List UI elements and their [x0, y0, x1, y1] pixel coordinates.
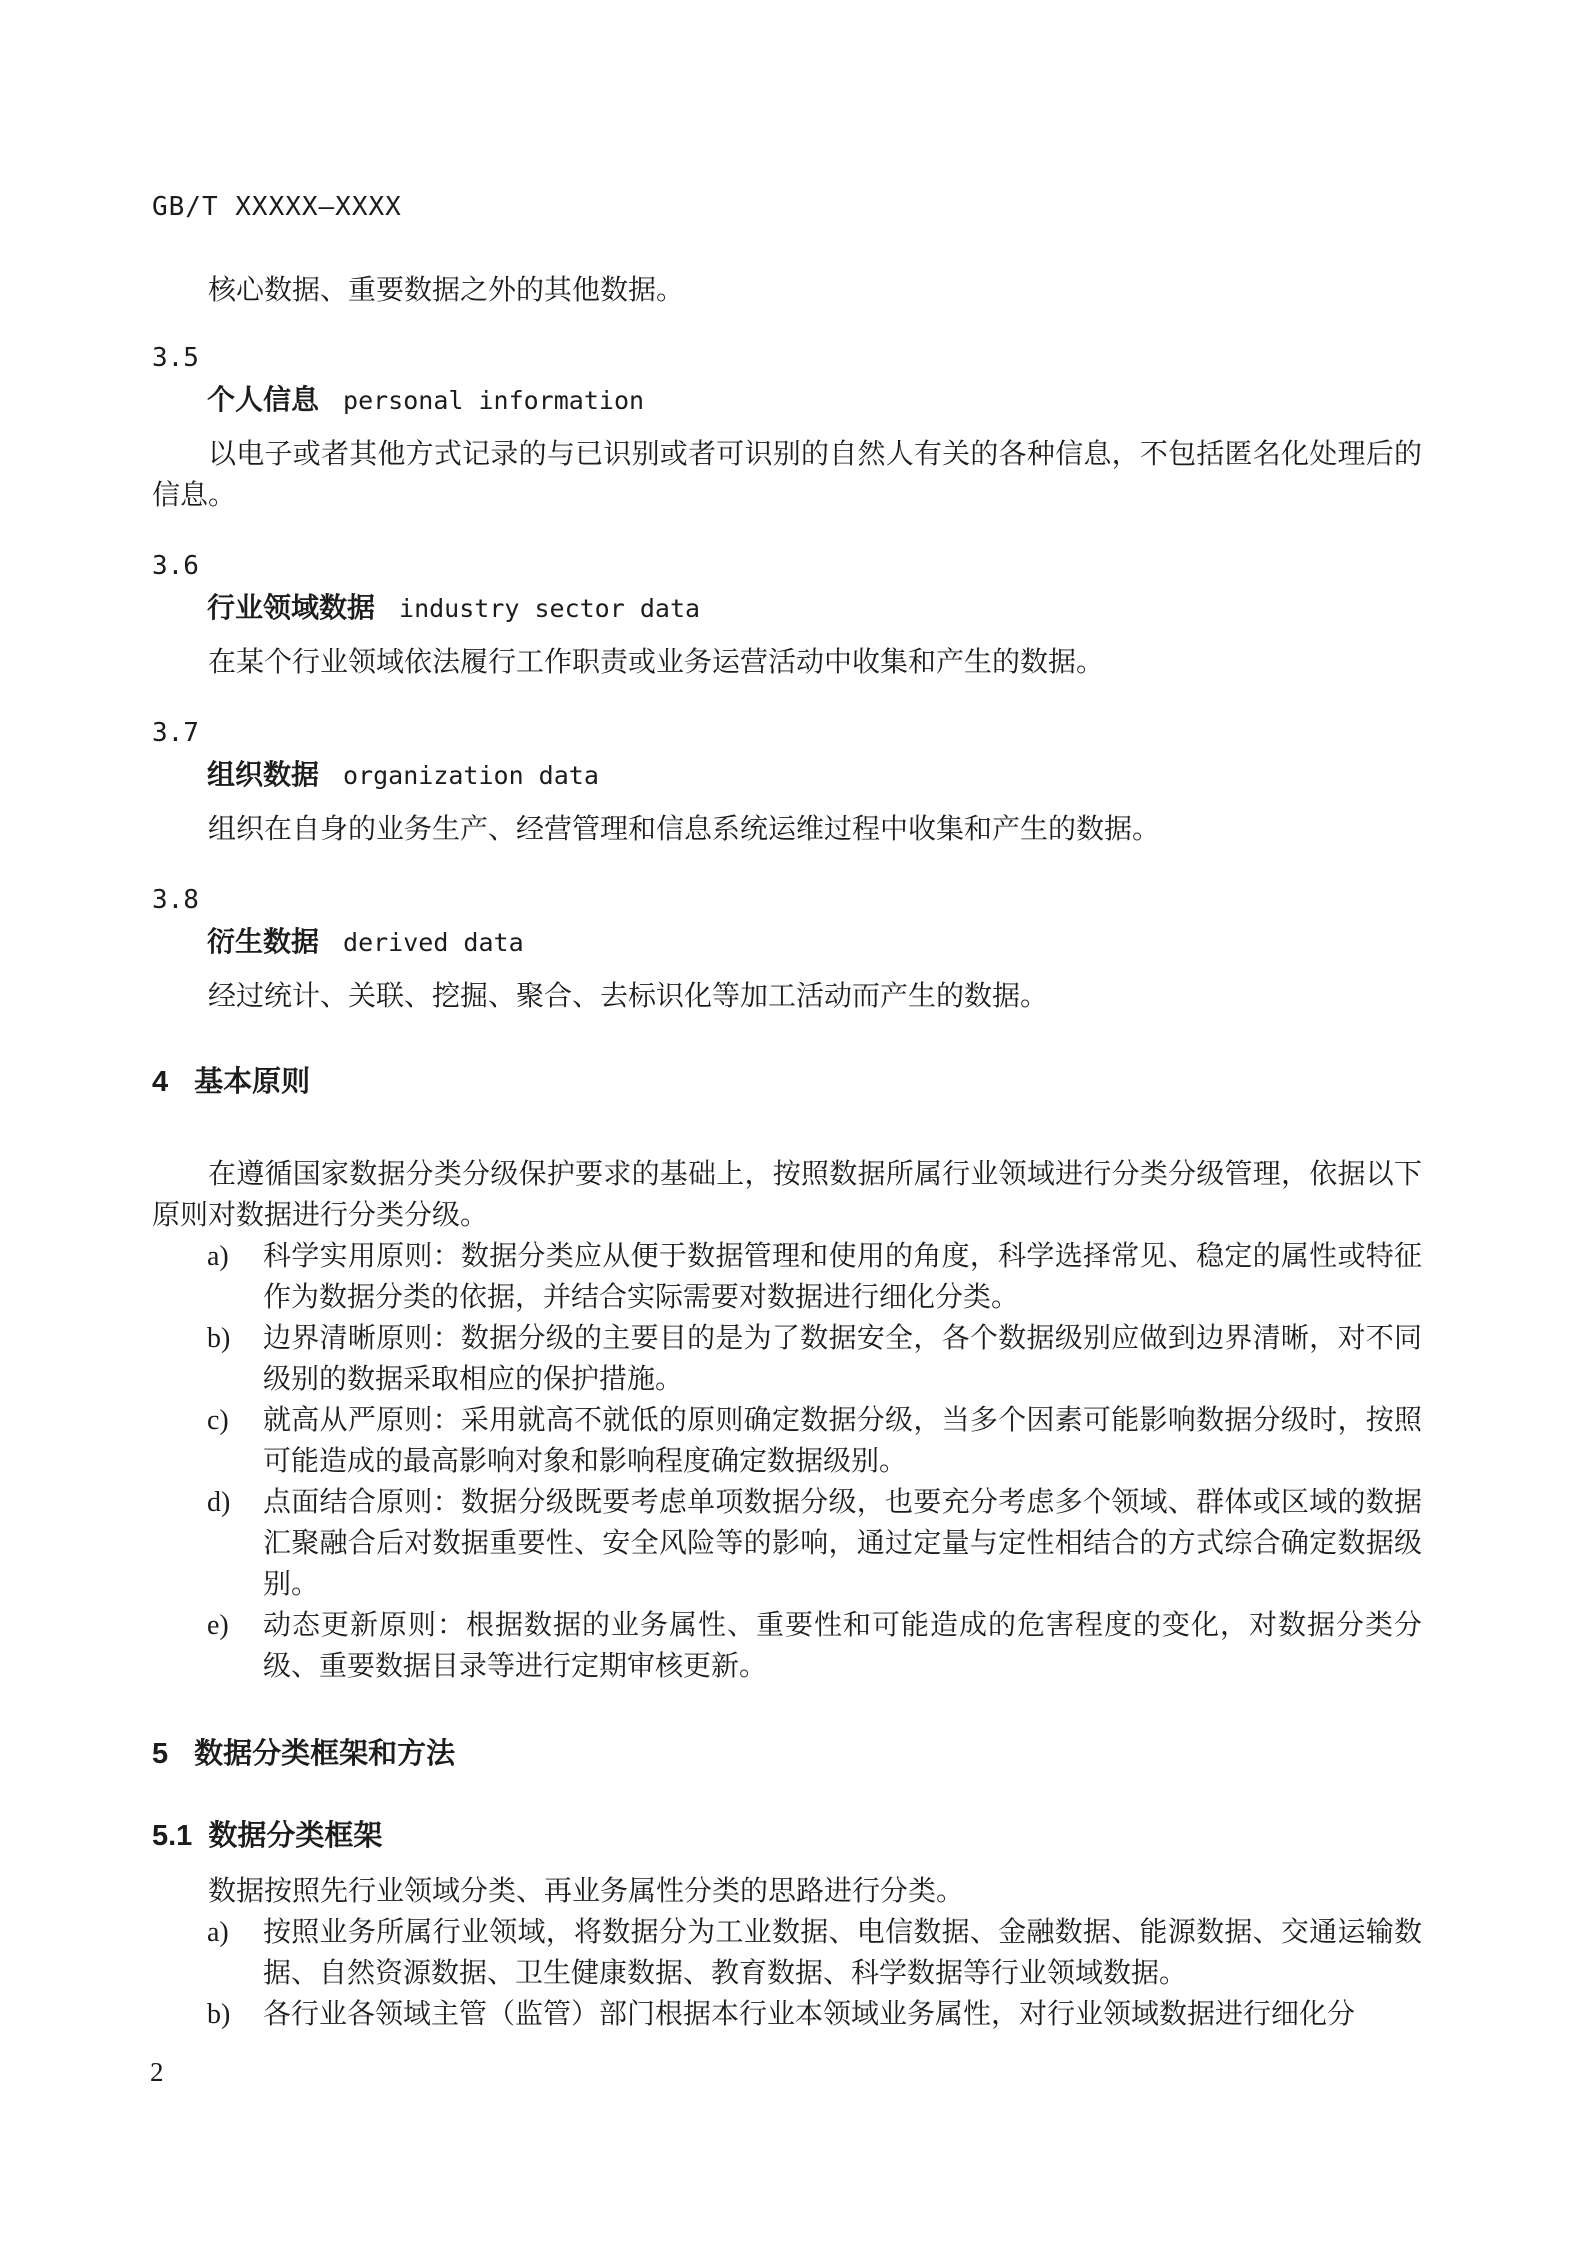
list-item: b) 各行业各领域主管（监管）部门根据本行业本领域业务属性，对行业领域数据进行细…	[207, 1994, 1422, 2035]
term-title-line: 衍生数据derived data	[207, 921, 1422, 963]
term-definition: 组织在自身的业务生产、经营管理和信息系统运维过程中收集和产生的数据。	[152, 809, 1422, 850]
term-name-en: organization data	[343, 761, 599, 790]
list-item-marker: a)	[207, 1912, 263, 1994]
section-heading-number: 4	[152, 1066, 168, 1098]
term-number: 3.8	[152, 880, 1422, 921]
list-item-marker: b)	[207, 1318, 263, 1400]
term-number: 3.7	[152, 713, 1422, 754]
list-item: c) 就高从严原则：采用就高不就低的原则确定数据分级，当多个因素可能影响数据分级…	[207, 1400, 1422, 1482]
term-name-zh: 行业领域数据	[207, 592, 375, 623]
section-4-heading: 4基本原则	[152, 1062, 1422, 1103]
page-number: 2	[150, 2056, 164, 2088]
list-item-marker: d)	[207, 1482, 263, 1605]
term-title-line: 组织数据organization data	[207, 754, 1422, 796]
principles-list: a) 科学实用原则：数据分类应从便于数据管理和使用的角度，科学选择常见、稳定的属…	[152, 1236, 1422, 1687]
list-item-marker: b)	[207, 1994, 263, 2035]
term-definition: 经过统计、关联、挖掘、聚合、去标识化等加工活动而产生的数据。	[152, 976, 1422, 1017]
list-item-text: 按照业务所属行业领域，将数据分为工业数据、电信数据、金融数据、能源数据、交通运输…	[263, 1912, 1422, 1994]
term-title-line: 行业领域数据industry sector data	[207, 587, 1422, 629]
term-section-3-6: 3.6 行业领域数据industry sector data 在某个行业领域依法…	[152, 546, 1422, 683]
list-item: a) 按照业务所属行业领域，将数据分为工业数据、电信数据、金融数据、能源数据、交…	[207, 1912, 1422, 1994]
standard-number-header: GB/T XXXXX—XXXX	[152, 193, 1422, 221]
term-title-line: 个人信息personal information	[207, 379, 1422, 421]
list-item-text: 边界清晰原则：数据分级的主要目的是为了数据安全，各个数据级别应做到边界清晰，对不…	[263, 1318, 1422, 1400]
section-4-intro: 在遵循国家数据分类分级保护要求的基础上，按照数据所属行业领域进行分类分级管理，依…	[152, 1154, 1422, 1236]
term-name-en: personal information	[343, 386, 644, 415]
list-item: a) 科学实用原则：数据分类应从便于数据管理和使用的角度，科学选择常见、稳定的属…	[207, 1236, 1422, 1318]
classification-list: a) 按照业务所属行业领域，将数据分为工业数据、电信数据、金融数据、能源数据、交…	[152, 1912, 1422, 2035]
section-heading-title: 数据分类框架	[208, 1820, 382, 1852]
term-number: 3.5	[152, 338, 1422, 379]
term-name-zh: 组织数据	[207, 759, 319, 790]
list-item-marker: a)	[207, 1236, 263, 1318]
list-item-text: 科学实用原则：数据分类应从便于数据管理和使用的角度，科学选择常见、稳定的属性或特…	[263, 1236, 1422, 1318]
term-name-zh: 个人信息	[207, 384, 319, 415]
list-item: d) 点面结合原则：数据分级既要考虑单项数据分级，也要充分考虑多个领域、群体或区…	[207, 1482, 1422, 1605]
list-item: e) 动态更新原则：根据数据的业务属性、重要性和可能造成的危害程度的变化，对数据…	[207, 1605, 1422, 1687]
section-heading-title: 基本原则	[194, 1066, 310, 1098]
section-heading-number: 5.1	[152, 1820, 192, 1852]
section-5-1-heading: 5.1数据分类框架	[152, 1816, 1422, 1857]
term-definition: 在某个行业领域依法履行工作职责或业务运营活动中收集和产生的数据。	[152, 642, 1422, 683]
document-page: GB/T XXXXX—XXXX 核心数据、重要数据之外的其他数据。 3.5 个人…	[0, 0, 1586, 2244]
section-heading-title: 数据分类框架和方法	[194, 1738, 455, 1770]
list-item-text: 就高从严原则：采用就高不就低的原则确定数据分级，当多个因素可能影响数据分级时，按…	[263, 1400, 1422, 1482]
list-item: b) 边界清晰原则：数据分级的主要目的是为了数据安全，各个数据级别应做到边界清晰…	[207, 1318, 1422, 1400]
term-section-3-8: 3.8 衍生数据derived data 经过统计、关联、挖掘、聚合、去标识化等…	[152, 880, 1422, 1017]
term-number: 3.6	[152, 546, 1422, 587]
term-section-3-5: 3.5 个人信息personal information 以电子或者其他方式记录…	[152, 338, 1422, 516]
term-definition: 以电子或者其他方式记录的与已识别或者可识别的自然人有关的各种信息，不包括匿名化处…	[152, 434, 1422, 516]
leading-paragraph-fragment: 核心数据、重要数据之外的其他数据。	[152, 270, 1422, 311]
term-name-en: derived data	[343, 928, 524, 957]
section-5-heading: 5数据分类框架和方法	[152, 1734, 1422, 1775]
term-name-en: industry sector data	[399, 594, 700, 623]
list-item-text: 点面结合原则：数据分级既要考虑单项数据分级，也要充分考虑多个领域、群体或区域的数…	[263, 1482, 1422, 1605]
list-item-text: 各行业各领域主管（监管）部门根据本行业本领域业务属性，对行业领域数据进行细化分	[263, 1994, 1422, 2035]
term-section-3-7: 3.7 组织数据organization data 组织在自身的业务生产、经营管…	[152, 713, 1422, 850]
list-item-marker: c)	[207, 1400, 263, 1482]
section-5-intro: 数据按照先行业领域分类、再业务属性分类的思路进行分类。	[152, 1871, 1422, 1912]
list-item-text: 动态更新原则：根据数据的业务属性、重要性和可能造成的危害程度的变化，对数据分类分…	[263, 1605, 1422, 1687]
list-item-marker: e)	[207, 1605, 263, 1687]
term-name-zh: 衍生数据	[207, 926, 319, 957]
section-heading-number: 5	[152, 1738, 168, 1770]
